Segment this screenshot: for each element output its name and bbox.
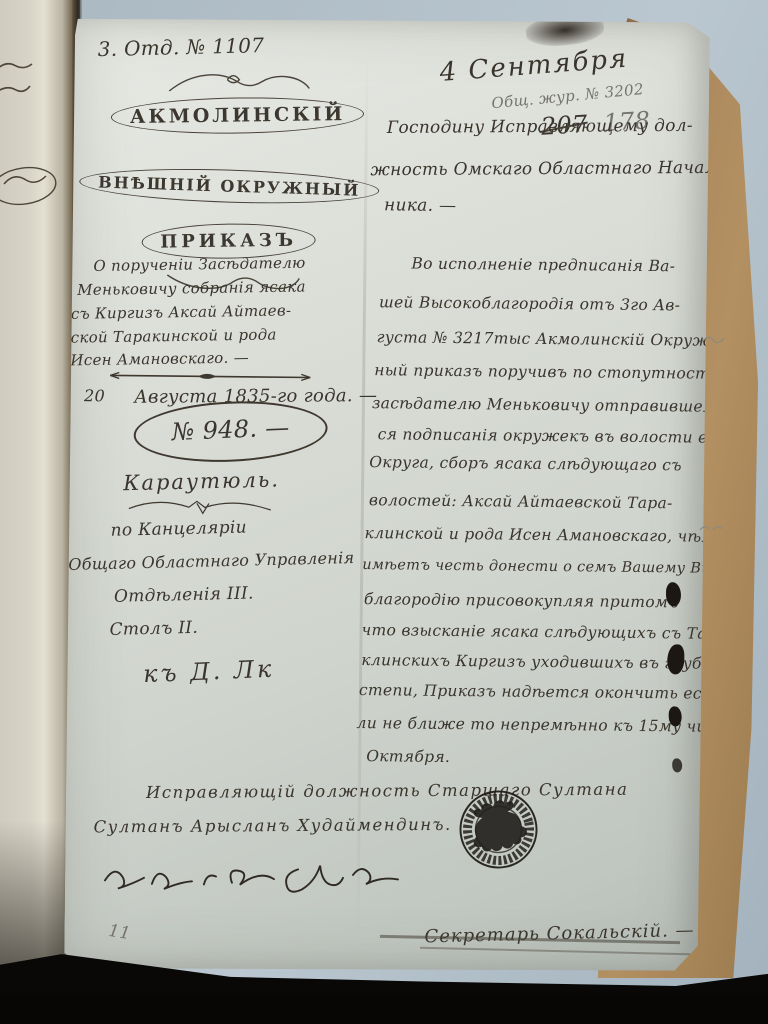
- office-line: Отдѣленія III.: [114, 583, 254, 606]
- previous-page-writing-fragment: [0, 148, 62, 218]
- address-line: жность Омскаго Областнаго Началь-: [370, 158, 731, 181]
- body-line: клинской и рода Исен Амановскаго, чѣмъ: [365, 524, 726, 546]
- office-line: по Канцеляріи: [110, 517, 247, 540]
- dark-table-surface: [0, 995, 768, 1024]
- body-line: что взысканіе ясака слѣдующихъ съ Тара-: [361, 621, 732, 643]
- case-summary-line: Исен Амановскаго. —: [70, 349, 249, 370]
- body-line: имѣетъ честь донести о семъ Вашему Высок…: [362, 557, 754, 577]
- letterhead-subtitle: ВНѢШНІЙ ОКРУЖНЫЙ: [74, 165, 385, 208]
- fore-edge-pencil-mark: [698, 520, 724, 536]
- letterhead-cartouche: АКМОЛИНСКІЙ: [111, 96, 365, 136]
- sultan-autograph: [99, 842, 460, 898]
- archival-document-photo: 3. Отд. № 1107 4 Сентября Общ. жур. № 32…: [0, 0, 768, 1024]
- case-summary-line: ской Таракинской и рода: [71, 325, 277, 346]
- ink-blot: [666, 582, 681, 606]
- body-line: засѣдателю Меньковичу отправившему-: [372, 394, 731, 416]
- received-date-note: 4 Сентября: [439, 44, 630, 88]
- place-name: Караутюль.: [123, 467, 280, 495]
- body-line: волостей: Аксай Айтаевской Тара-: [369, 491, 673, 512]
- ink-smudge-number: [525, 12, 605, 49]
- address-line: ника. —: [384, 195, 457, 216]
- place-flourish: [127, 499, 277, 519]
- case-summary-line: съ Киргизъ Аксай Айтаев-: [71, 301, 292, 322]
- office-line: Столъ II.: [109, 618, 198, 640]
- body-line: клинскихъ Киргизъ уходившихъ въ глубь: [361, 651, 710, 673]
- top-left-docket: 3. Отд. № 1107: [97, 33, 264, 61]
- case-summary-line: Меньковичу собранія ясака: [77, 277, 306, 299]
- office-line: Общаго Областнаго Управленія: [68, 548, 355, 574]
- document-number: № 948. —: [171, 413, 290, 446]
- body-line: степи, Приказъ надѣется окончить ес-: [359, 681, 708, 703]
- file-docket-mark: къ Д. Лк: [143, 655, 275, 688]
- bottom-folio-number: 11: [107, 921, 132, 944]
- ink-blot: [672, 758, 682, 772]
- document-page: 3. Отд. № 1107 4 Сентября Общ. жур. № 32…: [64, 16, 710, 975]
- letterhead-cartouche: ВНѢШНІЙ ОКРУЖНЫЙ: [79, 165, 380, 207]
- document-number-oval: № 948. —: [132, 398, 328, 466]
- body-line: густа № 3217тыс Акмолинскій Окруж-: [377, 328, 716, 350]
- divider-rule: [104, 368, 316, 384]
- address-line: Господину Исправляющему дол-: [387, 116, 693, 138]
- body-line: Округа, сборъ ясака слѣдующаго съ: [369, 453, 682, 474]
- body-line: Октября.: [366, 747, 450, 766]
- body-line: ный приказъ поручивъ по стопутности: [374, 361, 720, 383]
- letterhead-flourish: [163, 69, 313, 99]
- previous-page-writing-fragment: [0, 52, 56, 142]
- body-line: благородію присовокупляя притомъ: [364, 590, 679, 611]
- signature-name-line: Султанъ Арысланъ Худаймендинъ.: [93, 815, 451, 837]
- fore-edge-pencil-mark: [700, 330, 726, 348]
- ink-blot: [669, 706, 682, 726]
- body-line: Во исполненіе предписанія Ва-: [411, 255, 675, 276]
- letterhead-title: АКМОЛИНСКІЙ: [111, 96, 351, 135]
- signature-title-line: Исправляющій должность Старшаго Султана: [146, 780, 629, 802]
- date-day: 20: [84, 386, 105, 405]
- case-summary-line: О порученіи Засѣдателю: [93, 254, 305, 275]
- body-line: шей Высокоблагородія отъ 3го Ав-: [379, 293, 680, 314]
- body-line: ся подписанія окружекъ въ волости его: [378, 425, 726, 447]
